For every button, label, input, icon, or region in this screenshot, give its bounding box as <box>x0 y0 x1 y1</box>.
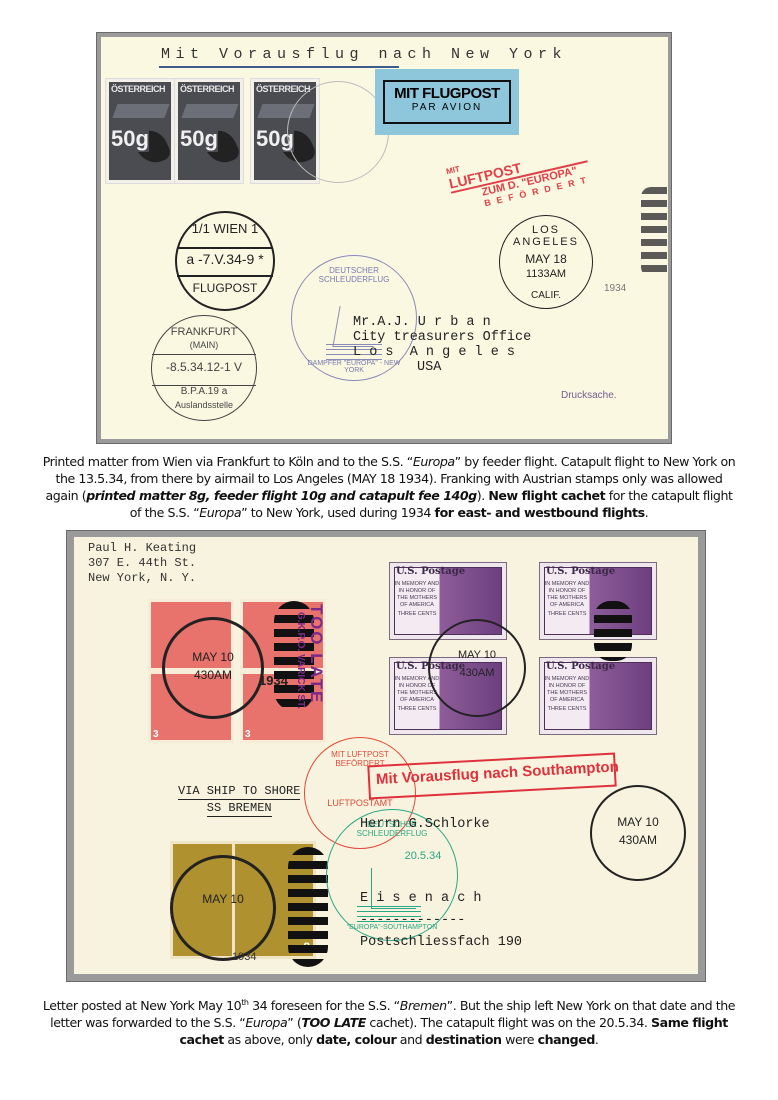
stamp-austria-2: ÖSTERREICH50g <box>175 79 243 183</box>
recipient-line-1: Herrn G.Schlorke <box>360 817 490 832</box>
sender-block: Paul H. Keating 307 E. 44th St. New York… <box>88 541 196 586</box>
stamp-austria-1: ÖSTERREICH50g <box>106 79 174 183</box>
caption-segment: Letter posted at New York May 10 <box>43 998 241 1013</box>
killer-bars-right <box>594 601 632 661</box>
caption-segment: New flight cachet <box>488 488 605 503</box>
sender-line-1: Paul H. Keating <box>88 541 196 556</box>
killer-bars-bottom <box>288 847 328 967</box>
caption-segment: Bremen <box>400 998 447 1013</box>
too-late-cachet: TOO LATE G.K.P.O. VARICK ST. <box>295 612 326 709</box>
los-angeles-postmark: LOS ANGELES MAY 18 1133AM CALIF. <box>499 215 593 309</box>
caption-top-card: Printed matter from Wien via Frankfurt t… <box>40 453 738 521</box>
caption-segment: cachet). The catapult flight was on the … <box>366 1015 651 1030</box>
address-block: Mr.A.J. U r b a n City treasurers Office… <box>353 315 531 375</box>
airmail-label-line1: MIT FLUGPOST <box>385 85 509 102</box>
stamp-mothers-day-4: U.S. PostageIN MEMORY AND IN HONOR OF TH… <box>539 657 657 735</box>
frankfurt-postmark: FRANKFURT (MAIN) -8.5.34.12-1 V B.P.A.19… <box>151 315 257 421</box>
ny-postmark-center: MAY 10 430AM <box>428 619 526 717</box>
la-killer-bars <box>641 187 667 277</box>
caption-segment: printed matter 8g, feeder flight 10g and… <box>86 488 477 503</box>
caption-segment: th <box>241 998 248 1007</box>
la-year: 1934 <box>604 283 626 294</box>
routing-line-1: VIA SHIP TO SHORE <box>178 783 300 800</box>
typed-heading: Mit Vorausflug nach New York <box>161 46 567 63</box>
airmail-label: MIT FLUGPOST PAR AVION <box>375 69 519 135</box>
routing-line-2: SS BREMEN <box>207 800 272 817</box>
caption-segment: Europa <box>413 454 455 469</box>
airmail-label-line2: PAR AVION <box>385 102 509 113</box>
ny-year-bottom: 1934 <box>232 951 256 963</box>
drucksache-stamp: Drucksache. <box>561 390 617 401</box>
caption-segment: changed <box>538 1032 595 1047</box>
recipient-line-3: ------------- <box>360 913 465 928</box>
recipient-line-4: Postschliessfach 190 <box>360 935 522 950</box>
caption-segment: . <box>645 505 649 520</box>
heading-underline <box>159 66 399 68</box>
caption-segment: as above, only <box>224 1032 316 1047</box>
recipient-line-2: E i s e n a c h <box>360 891 482 906</box>
caption-bottom-envelope: Letter posted at New York May 10th 34 fo… <box>40 994 738 1048</box>
caption-segment: ). <box>477 488 489 503</box>
caption-segment: Europa <box>245 1015 287 1030</box>
ny-postmark-right: MAY 10 430AM <box>590 785 686 881</box>
caption-segment: date, colour <box>316 1032 396 1047</box>
caption-segment: Europa <box>199 505 241 520</box>
caption-segment: were <box>502 1032 538 1047</box>
vienna-tieon-postmark <box>287 81 389 183</box>
sender-line-2: 307 E. 44th St. <box>88 556 196 571</box>
red-luftpost-cachet: MIT LUFTPOST ZUM D. "EUROPA" BEFÖRDERT <box>445 136 592 215</box>
caption-segment: . <box>595 1032 599 1047</box>
sender-line-3: New York, N. Y. <box>88 571 196 586</box>
address-line-1: Mr.A.J. U r b a n <box>353 315 531 330</box>
caption-segment: and <box>396 1032 425 1047</box>
address-line-2: City treasurers Office <box>353 330 531 345</box>
caption-segment: 34 foreseen for the S.S. “ <box>249 998 400 1013</box>
ny-postmark-left: MAY 10 430AM <box>162 617 264 719</box>
caption-segment: TOO LATE <box>301 1015 366 1030</box>
caption-segment: Printed matter from Wien via Frankfurt t… <box>43 454 413 469</box>
caption-segment: for east- and westbound flights <box>435 505 645 520</box>
postcard-austria: Mit Vorausflug nach New York ÖSTERREICH5… <box>101 37 668 439</box>
routing-block: VIA SHIP TO SHORE SS BREMEN <box>178 783 300 817</box>
ny-postmark-bottom: MAY 10 <box>170 855 276 961</box>
envelope-usa: Paul H. Keating 307 E. 44th St. New York… <box>74 537 698 974</box>
address-line-4: USA <box>353 360 531 375</box>
caption-segment: ” to New York, used during 1934 <box>241 505 434 520</box>
address-line-3: L o s A n g e l e s <box>353 345 531 360</box>
wien-postmark: 1/1 WIEN 1 a -7.V.34-9 * FLUGPOST <box>175 211 275 311</box>
caption-segment: destination <box>426 1032 502 1047</box>
caption-segment: ” ( <box>287 1015 301 1030</box>
